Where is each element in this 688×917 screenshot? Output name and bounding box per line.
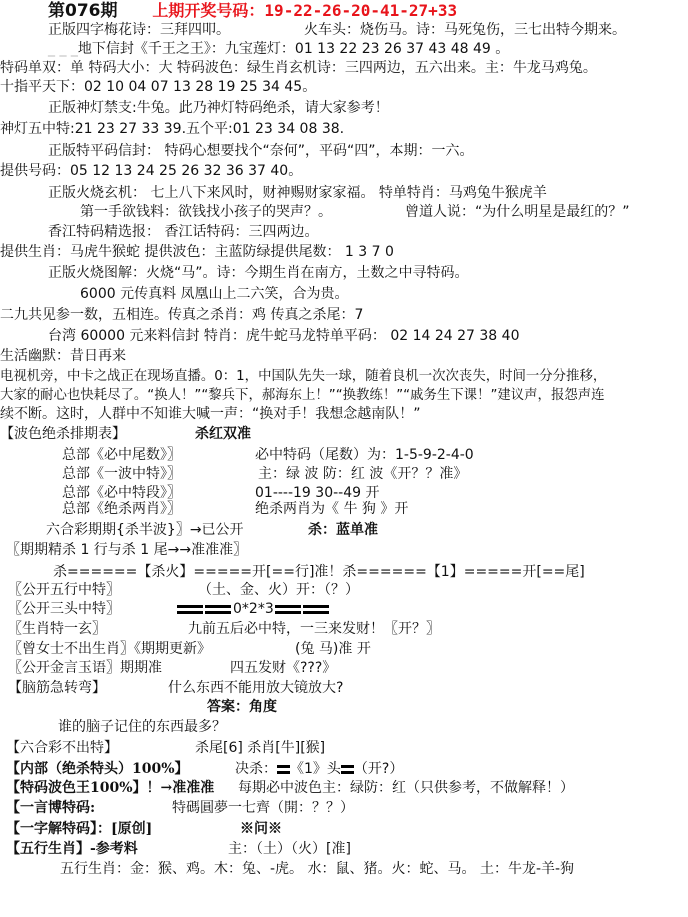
odd-even-line: 特码单双：单 特码大小：大 特码波色：绿生肖玄机诗：三四两边，五六出来。主：牛龙…	[0, 59, 597, 78]
special-envelope-line: 正版特平码信封： 特码心想要找个“奈何”，平码“四”，本期：一六。	[48, 142, 473, 161]
internal-value-b: 《1》头	[290, 761, 341, 777]
golden-words-value: 四五发财《???》	[230, 659, 336, 678]
bar-icon	[341, 765, 354, 774]
wave-row-value: 主：绿 波 防：红 波《开？？准》	[258, 465, 467, 484]
three-heads-label: 〖公开三头中特〗	[8, 600, 120, 619]
one-word-value: 特碼圓夢一七齊（開：？？）	[172, 799, 354, 818]
wave-king-label: 【特码波色王100%】！→准准准	[6, 779, 214, 798]
train-head: 火车头：烧伤马。诗：马死兔伤，三七出特今期来。	[304, 21, 626, 40]
wave-row-value: 绝杀两肖为《 牛 狗 》开	[255, 500, 408, 519]
five-elements-label: 〖公开五行中特〗	[8, 581, 120, 600]
half-wave-label: 六合彩期期{杀半波}〗→已公开	[46, 521, 244, 540]
no-special-label: 【六合彩不出特】	[6, 739, 118, 758]
zodiac-mystery-label: 〖生肖特一玄〗	[8, 620, 106, 639]
no-special-value: 杀尾[6] 杀肖[牛][猴]	[195, 739, 325, 758]
answer-line: 答案：角度	[207, 698, 277, 717]
lamp-forbid-line: 正版神灯禁支:牛兔。此乃神灯特码绝杀，请大家参考！	[48, 99, 389, 118]
answer-value: 角度	[249, 699, 277, 715]
one-word-label: 【一言博特码:	[6, 799, 95, 818]
wave-row-value: 必中特码（尾数）为：1-5-9-2-4-0	[255, 446, 474, 465]
lamp-five-line: 神灯五中特:21 23 27 33 39.五个平:01 23 34 08 38.	[0, 120, 344, 139]
ms-zeng-value: (兔 马)准 开	[295, 640, 371, 659]
one-char-label: 【一字解特码】：[原创]	[6, 820, 152, 839]
humor-text-1: 电视机旁，中卡之战正在现场直播。0：1，中国队先失一球，随着良机一次次丧失，时间…	[0, 367, 606, 386]
bar-icon	[303, 605, 329, 614]
brain-teaser-label: 【脑筋急转弯】	[8, 679, 106, 698]
issue-header: 第076期 上期开奖号码：19-22-26-20-41-27+33	[48, 1, 457, 20]
five-elements-value: （土、金、火）开：（？）	[198, 581, 359, 600]
internal-value-c: （开?）	[354, 761, 403, 777]
three-heads-text: 0*2*3	[233, 601, 274, 617]
brain-teaser-value: 什么东西不能用放大镜放大?	[168, 679, 343, 698]
fire-mystery-line: 正版火烧玄机： 七上八下来风时，财神赐财家家福。 特单特肖：马鸡兔牛猴虎羊	[48, 184, 547, 203]
underground-envelope-text: 地下信封《千王之王》：九宝莲灯：01 13 22 23 26 37 43 48 …	[78, 41, 509, 57]
three-heads-value: 0*2*3	[177, 600, 331, 619]
wave-row-label: 总部《一波中特》〗	[62, 465, 181, 484]
humor-text-3: 续不断。这时，人群中不知谁大喊一声：“换对手！我想念越南队！”	[0, 405, 421, 424]
wave-row-label: 总部《绝杀两肖》〗	[62, 500, 181, 519]
wave-king-value: 每期必中波色主：绿防：红（只供参考，不做解释！）	[238, 779, 574, 798]
ten-fingers-line: 十指平天下：02 10 04 07 13 28 19 25 34 45。	[0, 78, 316, 97]
taiwan-line: 台湾 60000 元来料信封 特肖：虎牛蛇马龙特单平码： 02 14 24 27…	[48, 327, 519, 346]
ms-zeng-label: 〖曾女士不出生肖〗《期期更新》	[8, 640, 211, 659]
wave-table-note: 杀红双准	[195, 425, 251, 444]
two-nine-line: 二九共见参一数，五相连。传真之杀肖：鸡 传真之杀尾：7	[0, 306, 363, 325]
humor-text-2: 大家的耐心也快耗尽了。“换人！”“黎兵下，郝海东上！”“换教练！”“戚务生下课！…	[0, 386, 605, 405]
zeng-says-line: 曾道人说：“为什么明星是最红的？”	[405, 203, 630, 222]
humor-title: 生活幽默：昔日再来	[0, 347, 126, 366]
internal-value: 决杀：《1》头（开?）	[235, 760, 403, 779]
answer-label: 答案：	[207, 699, 249, 715]
fax-6000-line: 6000 元传真料 凤凰山上二六笑，合为贵。	[80, 285, 349, 304]
underground-envelope: _ _ _地下信封《千王之王》：九宝莲灯：01 13 22 23 26 37 4…	[48, 40, 509, 59]
bar-icon	[205, 605, 231, 614]
half-wave-value: 杀：蓝单准	[308, 521, 378, 540]
internal-label: 【内部（绝杀特头）100%】	[6, 760, 189, 779]
wave-row-label: 总部《必中尾数》〗	[62, 446, 181, 465]
provided-numbers-line: 提供号码：05 12 13 24 25 26 32 36 37 40。	[0, 162, 302, 181]
plum-poem: 正版四字梅花诗：三拜四叩。	[48, 21, 230, 40]
golden-words-label: 〖公开金言玉语〗期期准	[8, 659, 162, 678]
one-char-value: ※问※	[240, 820, 282, 839]
internal-value-a: 决杀：	[235, 761, 277, 777]
five-elem-value: 主：（土）（火）[准]	[228, 840, 351, 859]
xiangjiang-line: 香江特码精选报： 香江话特码：三四两边。	[48, 223, 318, 242]
last-draw-numbers: 19-22-26-20-41-27+33	[264, 1, 457, 20]
bar-icon	[277, 765, 290, 774]
fire-diagram-line: 正版火烧图解：火烧“马”。诗：今期生肖在南方，土数之中寻特码。	[48, 264, 469, 283]
kill-section-title: 〖期期精杀 1 行与杀 1 尾→→准准准〗	[6, 541, 247, 560]
five-elem-detail: 五行生肖：金：猴、鸡。木：兔、-虎。 水：鼠、猪。火：蛇、马。 土：牛龙-羊-狗	[60, 860, 574, 879]
riddle-question-2: 谁的脑子记住的东西最多？	[58, 718, 226, 737]
provided-zodiac-line: 提供生肖：马虎牛猴蛇 提供波色：主蓝防绿提供尾数： 1 3 7 0	[0, 243, 394, 262]
zodiac-mystery-value: 九前五后必中特，一三来发财！〖开？〗	[188, 620, 440, 639]
wave-table-title: 【波色绝杀排期表】	[0, 425, 126, 444]
first-hand-line: 第一手欲钱料：欲钱找小孩子的哭声？。	[80, 203, 332, 222]
last-draw-label: 上期开奖号码：	[152, 1, 264, 20]
bar-icon	[177, 605, 203, 614]
issue-number: 第076期	[48, 1, 118, 21]
five-elem-label: 【五行生肖】-参考料	[6, 840, 138, 859]
kill-section-line: 杀======【杀火】=====开[==行]准！杀======【1】=====开…	[53, 563, 585, 582]
bar-icon	[275, 605, 301, 614]
